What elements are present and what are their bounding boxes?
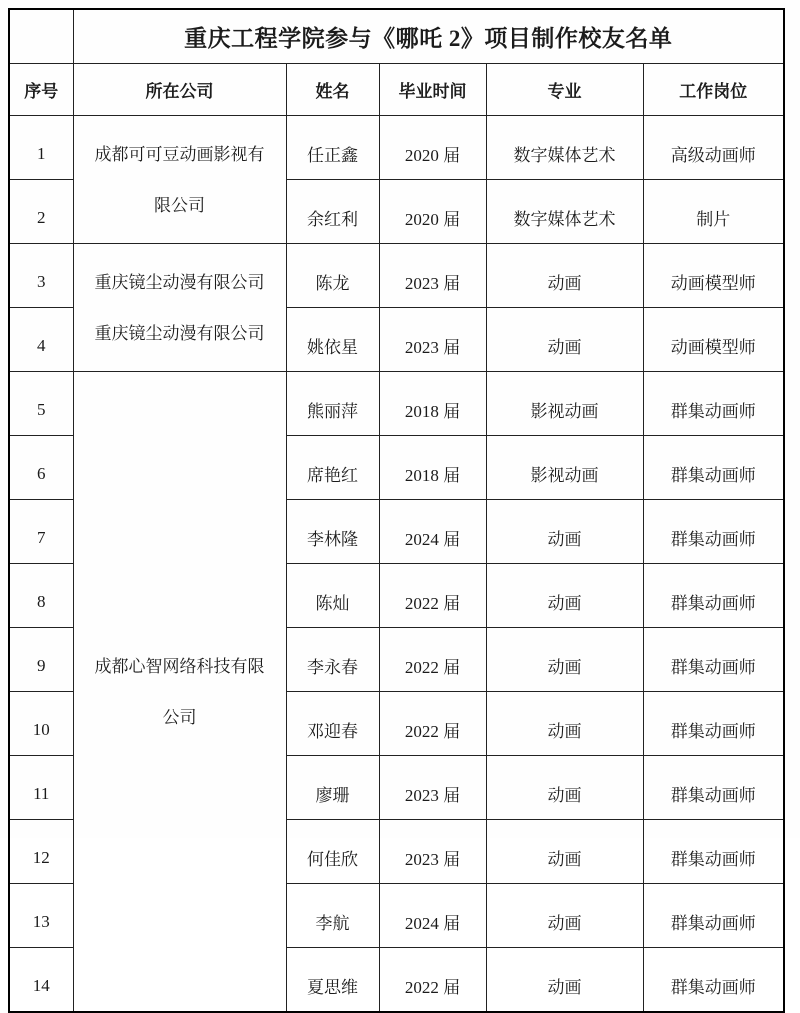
- cell-name: 熊丽萍: [286, 372, 379, 436]
- cell-grad-year: 2024 届: [379, 500, 486, 564]
- cell-major: 动画: [486, 308, 643, 372]
- cell-major: 影视动画: [486, 372, 643, 436]
- cell-grad-year: 2022 届: [379, 628, 486, 692]
- cell-grad-year: 2023 届: [379, 308, 486, 372]
- cell-major: 数字媒体艺术: [486, 116, 643, 180]
- cell-grad-year: 2024 届: [379, 884, 486, 948]
- cell-no: 8: [9, 564, 73, 628]
- cell-name: 李永春: [286, 628, 379, 692]
- cell-major: 动画: [486, 244, 643, 308]
- cell-no: 9: [9, 628, 73, 692]
- cell-major: 动画: [486, 820, 643, 884]
- cell-no: 14: [9, 948, 73, 1013]
- cell-job: 群集动画师: [643, 692, 784, 756]
- cell-job: 动画模型师: [643, 244, 784, 308]
- cell-job: 群集动画师: [643, 500, 784, 564]
- cell-company-merged: 重庆镜尘动漫有限公司 重庆镜尘动漫有限公司: [73, 244, 286, 372]
- cell-no: 1: [9, 116, 73, 180]
- cell-name: 姚依星: [286, 308, 379, 372]
- cell-name: 余红利: [286, 180, 379, 244]
- cell-grad-year: 2022 届: [379, 564, 486, 628]
- cell-no: 13: [9, 884, 73, 948]
- cell-major: 动画: [486, 884, 643, 948]
- col-header-name: 姓名: [286, 64, 379, 116]
- cell-no: 6: [9, 436, 73, 500]
- cell-company-merged: 成都心智网络科技有限 公司: [73, 372, 286, 1013]
- cell-job: 群集动画师: [643, 372, 784, 436]
- cell-job: 高级动画师: [643, 116, 784, 180]
- col-header-company: 所在公司: [73, 64, 286, 116]
- col-header-grad-year: 毕业时间: [379, 64, 486, 116]
- cell-name: 何佳欣: [286, 820, 379, 884]
- header-row: 序号 所在公司 姓名 毕业时间 专业 工作岗位: [9, 64, 784, 116]
- cell-job: 群集动画师: [643, 884, 784, 948]
- cell-name: 夏思维: [286, 948, 379, 1013]
- cell-major: 动画: [486, 500, 643, 564]
- cell-name: 李林隆: [286, 500, 379, 564]
- cell-grad-year: 2022 届: [379, 948, 486, 1013]
- cell-job: 制片: [643, 180, 784, 244]
- title-row: 重庆工程学院参与《哪吒 2》项目制作校友名单: [9, 9, 784, 64]
- document-page: 重庆工程学院参与《哪吒 2》项目制作校友名单 序号 所在公司 姓名 毕业时间 专…: [0, 0, 800, 838]
- cell-grad-year: 2020 届: [379, 116, 486, 180]
- cell-no: 10: [9, 692, 73, 756]
- col-header-job: 工作岗位: [643, 64, 784, 116]
- cell-no: 12: [9, 820, 73, 884]
- cell-no: 3: [9, 244, 73, 308]
- cell-job: 群集动画师: [643, 564, 784, 628]
- cell-major: 动画: [486, 628, 643, 692]
- cell-no: 5: [9, 372, 73, 436]
- cell-name: 李航: [286, 884, 379, 948]
- cell-name: 廖珊: [286, 756, 379, 820]
- cell-no: 7: [9, 500, 73, 564]
- table-row: 5 成都心智网络科技有限 公司 熊丽萍 2018 届 影视动画 群集动画师: [9, 372, 784, 436]
- cell-job: 群集动画师: [643, 820, 784, 884]
- cell-job: 群集动画师: [643, 756, 784, 820]
- table-row: 3 重庆镜尘动漫有限公司 重庆镜尘动漫有限公司 陈龙 2023 届 动画 动画模…: [9, 244, 784, 308]
- cell-no: 4: [9, 308, 73, 372]
- cell-grad-year: 2022 届: [379, 692, 486, 756]
- cell-major: 数字媒体艺术: [486, 180, 643, 244]
- cell-no: 2: [9, 180, 73, 244]
- cell-name: 任正鑫: [286, 116, 379, 180]
- cell-major: 动画: [486, 564, 643, 628]
- alumni-table: 重庆工程学院参与《哪吒 2》项目制作校友名单 序号 所在公司 姓名 毕业时间 专…: [8, 8, 785, 1013]
- cell-job: 群集动画师: [643, 436, 784, 500]
- cell-name: 邓迎春: [286, 692, 379, 756]
- cell-name: 陈灿: [286, 564, 379, 628]
- cell-company-merged: 成都可可豆动画影视有 限公司: [73, 116, 286, 244]
- col-header-major: 专业: [486, 64, 643, 116]
- col-header-no: 序号: [9, 64, 73, 116]
- cell-job: 动画模型师: [643, 308, 784, 372]
- cell-name: 陈龙: [286, 244, 379, 308]
- table-row: 1 成都可可豆动画影视有 限公司 任正鑫 2020 届 数字媒体艺术 高级动画师: [9, 116, 784, 180]
- cell-name: 席艳红: [286, 436, 379, 500]
- title-corner-cell: [9, 9, 73, 64]
- cell-grad-year: 2023 届: [379, 820, 486, 884]
- cell-major: 动画: [486, 756, 643, 820]
- cell-job: 群集动画师: [643, 948, 784, 1013]
- cell-grad-year: 2020 届: [379, 180, 486, 244]
- cell-grad-year: 2018 届: [379, 436, 486, 500]
- cell-major: 影视动画: [486, 436, 643, 500]
- cell-grad-year: 2023 届: [379, 244, 486, 308]
- cell-grad-year: 2018 届: [379, 372, 486, 436]
- cell-job: 群集动画师: [643, 628, 784, 692]
- cell-no: 11: [9, 756, 73, 820]
- cell-major: 动画: [486, 948, 643, 1013]
- table-title: 重庆工程学院参与《哪吒 2》项目制作校友名单: [73, 9, 784, 64]
- cell-major: 动画: [486, 692, 643, 756]
- cell-grad-year: 2023 届: [379, 756, 486, 820]
